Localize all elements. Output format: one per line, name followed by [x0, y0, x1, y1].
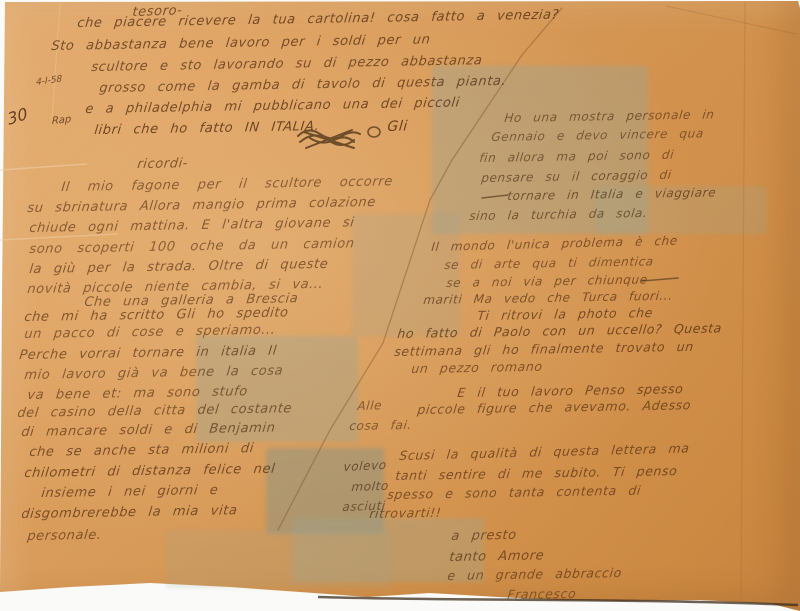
handwriting-layer: tesoro-che piacere ricevere la tua carto…	[0, 0, 800, 611]
letter-line-opening: Sto abbastanza bene lavoro per i soldi p…	[51, 33, 431, 53]
letter-line-paragraph-right-2: se di arte qua ti dimentica	[444, 255, 655, 271]
letter-line-paragraph-right-1: fin allora ma poi sono di	[479, 149, 675, 164]
letter-line-paragraph-right-3: settimana gli ho finalmente trovato un	[394, 341, 695, 359]
letter-line-paragraph-left-3: un pacco di cose e speriamo...	[24, 324, 277, 341]
margin-note: 30	[6, 104, 29, 129]
letter-line-closing: a presto	[451, 529, 518, 543]
letter-line-paragraph-right-5: spesso e sono tanta contenta di	[387, 485, 642, 502]
margin-note: Rap	[52, 114, 72, 127]
letter-line-opening: grosso come la gamba di tavolo di questa…	[99, 75, 507, 95]
letter-line-paragraph-left-2: la giù per la strada. Oltre di queste	[29, 258, 329, 276]
letter-line-closing: e un grande abbraccio	[447, 567, 623, 583]
letter-line-paragraph-right-1: tornare in Italia e viaggiare	[507, 186, 717, 202]
letter-line-opening: scultore e sto lavorando su di pezzo abb…	[91, 54, 483, 74]
letter-line-paragraph-left-3: va bene et: ma sono stufo	[27, 385, 249, 402]
letter-line-paragraph-left-3: che mi ha scritto Gli ho spedito	[24, 306, 290, 324]
letter-line-paragraph-left-2: chiude ogni mattina. E l'altra giovane s…	[29, 216, 356, 235]
letter-line-fragments-center: volevo	[343, 459, 387, 473]
letter-line-paragraph-left-3: di mancare soldi e di Benjamin	[21, 422, 277, 439]
letter-line-paragraph-right-1: Gennaio e devo vincere qua	[491, 127, 705, 143]
letter-line-paragraph-right-5: tanti sentire di me subito. Ti penso	[395, 465, 678, 482]
letter-line-fragments-center: molto	[351, 480, 389, 493]
letter-line-opening: ricordi-	[137, 157, 189, 171]
letter-line-paragraph-right-3: ho fatto di Paolo con un uccello? Questa	[397, 322, 723, 340]
letter-line-paragraph-right-2: Il mondo l'unica problema è che	[431, 235, 679, 253]
letter-line-paragraph-left-3: disgombrerebbe la mia vita	[21, 504, 238, 521]
letter-line-paragraph-left-3: del casino della citta del costante	[17, 402, 293, 420]
letter-line-fragments-center: cosa fai.	[349, 419, 413, 432]
margin-note: 4-I-58	[36, 74, 62, 88]
letter-line-paragraph-right-3: Ti ritrovi la photo che	[477, 307, 654, 323]
letter-line-paragraph-left-3: Perche vorrai tornare in italia Il	[19, 345, 278, 363]
letter-line-opening: libri che ho fatto IN ITALIA.	[94, 120, 320, 137]
letter-line-paragraph-left-3: insieme i nei giorni e	[41, 484, 219, 500]
letter-line-paragraph-right-1: pensare su il coraggio di	[481, 169, 673, 184]
letter-line-paragraph-right-1: Ho una mostra personale in	[504, 108, 715, 124]
letter-line-opening: Gli	[387, 119, 409, 134]
letter-line-paragraph-right-5: Scusi la qualità di questa lettera ma	[399, 442, 690, 462]
letter-line-paragraph-right-2: mariti Ma vedo che Turca fuori...	[423, 290, 674, 306]
letter-line-paragraph-left-2: Il mio fagone per il scultore occorre	[61, 175, 394, 194]
letter-line-fragments-center: Alle	[357, 399, 383, 412]
letter-line-closing: tanto Amore	[449, 549, 545, 564]
letter-line-paragraph-left-3: chilometri di distanza felice nel	[24, 463, 276, 480]
letter-line-paragraph-left-2: sono scoperti 100 oche da un camion	[29, 237, 356, 256]
letter-line-paragraph-right-5: ritrovarti!!	[369, 507, 442, 521]
letter-photograph: tesoro-che piacere ricevere la tua carto…	[0, 0, 800, 611]
letter-line-paragraph-right-2: se a noi via per chiunque	[446, 273, 649, 289]
letter-line-paragraph-left-3: mio lavoro già va bene la cosa	[24, 364, 284, 382]
letter-line-paragraph-left-3: che se anche sta milioni di	[29, 442, 255, 459]
letter-line-closing: Francesco	[507, 588, 577, 602]
letter-line-opening: e a philadelphia mi pubblicano una dei p…	[85, 96, 461, 116]
letter-line-paragraph-left-3: personale.	[27, 529, 103, 543]
letter-line-paragraph-right-3: un pezzo romano	[411, 361, 544, 376]
letter-line-paragraph-right-1: sino la turchia da sola.	[469, 207, 648, 222]
letter-line-paragraph-left-2: su sbrinatura Allora mangio prima colazi…	[27, 196, 377, 215]
letter-line-paragraph-right-4: piccole figure che avevamo. Adesso	[417, 399, 692, 416]
